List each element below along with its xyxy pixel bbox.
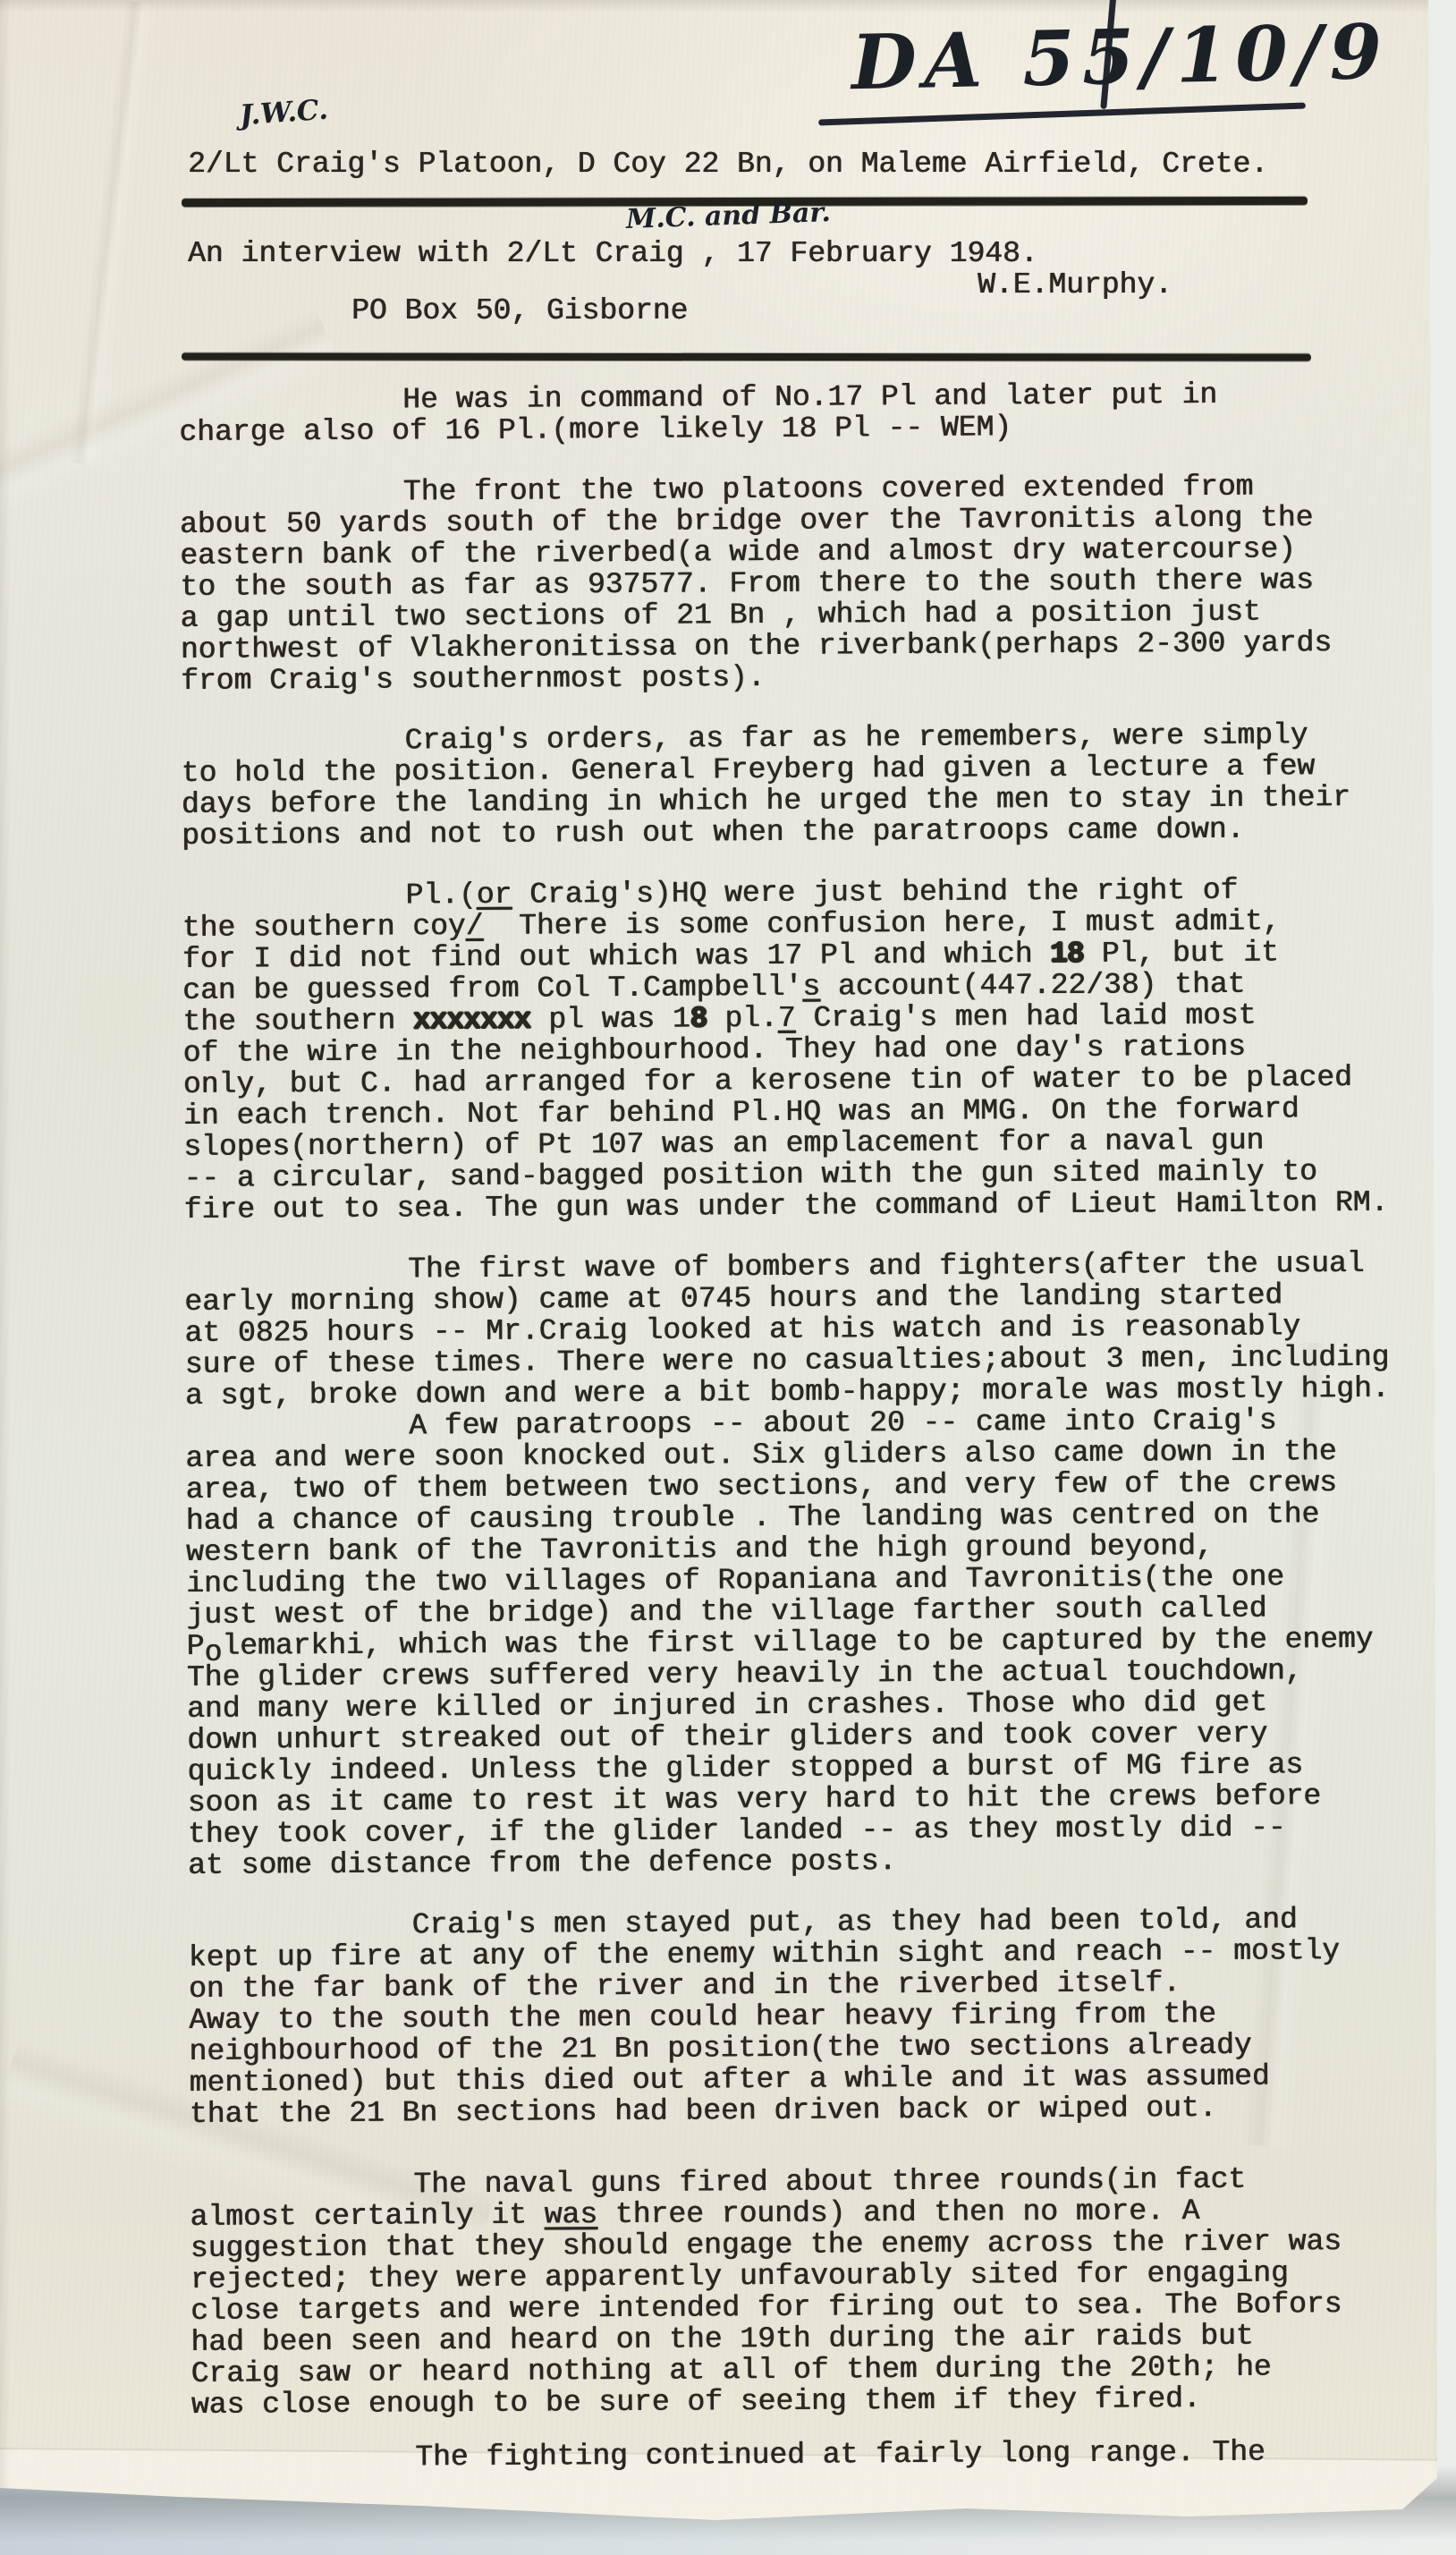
document-title: 2/Lt Craig's Platoon, D Coy 22 Bn, on Ma…	[188, 149, 1268, 180]
handwritten-initials: J.W.C.	[239, 94, 329, 132]
text-line: they took cover, if the glider landed --…	[188, 1811, 1440, 1850]
text-line: close targets and were intended for firi…	[190, 2288, 1443, 2327]
paper-sheet: DA 55/10/9 J.W.C. 2/Lt Craig's Platoon, …	[0, 0, 1456, 2555]
interviewer-name: W.E.Murphy.	[978, 269, 1172, 301]
address-line: PO Box 50, Gisborne	[351, 295, 688, 327]
paragraph: Pl.(or Craig's)HQ were just behind the r…	[182, 873, 1435, 1226]
paragraph: Craig's men stayed put, as they had been…	[188, 1903, 1441, 2130]
header-rule	[182, 352, 1311, 361]
text-line: positions and not to rush out when the p…	[182, 812, 1434, 852]
text-line: mentioned) but this died out after a whi…	[189, 2059, 1441, 2099]
handwritten-file-reference: DA 55/10/9	[851, 7, 1390, 107]
scanned-page-background: DA 55/10/9 J.W.C. 2/Lt Craig's Platoon, …	[0, 0, 1456, 2555]
paragraph: The fighting continued at fairly long ra…	[191, 2435, 1443, 2474]
text-line: for I did not find out which was 17 Pl a…	[182, 936, 1435, 975]
text-line: at some distance from the defence posts.	[188, 1842, 1440, 1881]
text-line: had a chance of causing trouble . The la…	[186, 1498, 1438, 1537]
paragraph: He was in command of No.17 Pl and later …	[179, 378, 1431, 448]
text-line: days before the landing in which he urge…	[182, 781, 1434, 820]
interview-line: An interview with 2/Lt Craig , 17 Februa…	[188, 238, 1038, 269]
text-line: the southern xxxxxxx pl was 18 pl.7 Crai…	[182, 998, 1435, 1038]
paragraph: Craig's orders, as far as he remembers, …	[181, 718, 1434, 852]
text-line: charge also of 16 Pl.(more likely 18 Pl …	[179, 409, 1431, 448]
document-body: He was in command of No.17 Pl and later …	[179, 378, 1443, 2474]
text-line: that the 21 Bn sections had been driven …	[190, 2091, 1442, 2130]
text-line: The fighting continued at fairly long ra…	[191, 2435, 1443, 2474]
paragraph: The first wave of bombers and fighters(a…	[184, 1247, 1437, 1412]
paragraph: A few paratroops -- about 20 -- came int…	[185, 1404, 1440, 1881]
text-line: northwest of Vlakheronitissa on the rive…	[181, 626, 1433, 666]
text-line: Craig saw or heard nothing at all of the…	[190, 2350, 1443, 2389]
paragraph: The front the two platoons covered exten…	[180, 470, 1433, 697]
text-line: kept up fire at any of the enemy within …	[189, 1934, 1441, 1974]
text-line: fire out to sea. The gun was under the c…	[184, 1186, 1436, 1226]
text-line: from Craig's southernmost posts).	[181, 658, 1433, 697]
paragraph: The naval guns fired about three rounds(…	[190, 2162, 1443, 2421]
text-line: was close enough to be sure of seeing th…	[191, 2381, 1443, 2421]
